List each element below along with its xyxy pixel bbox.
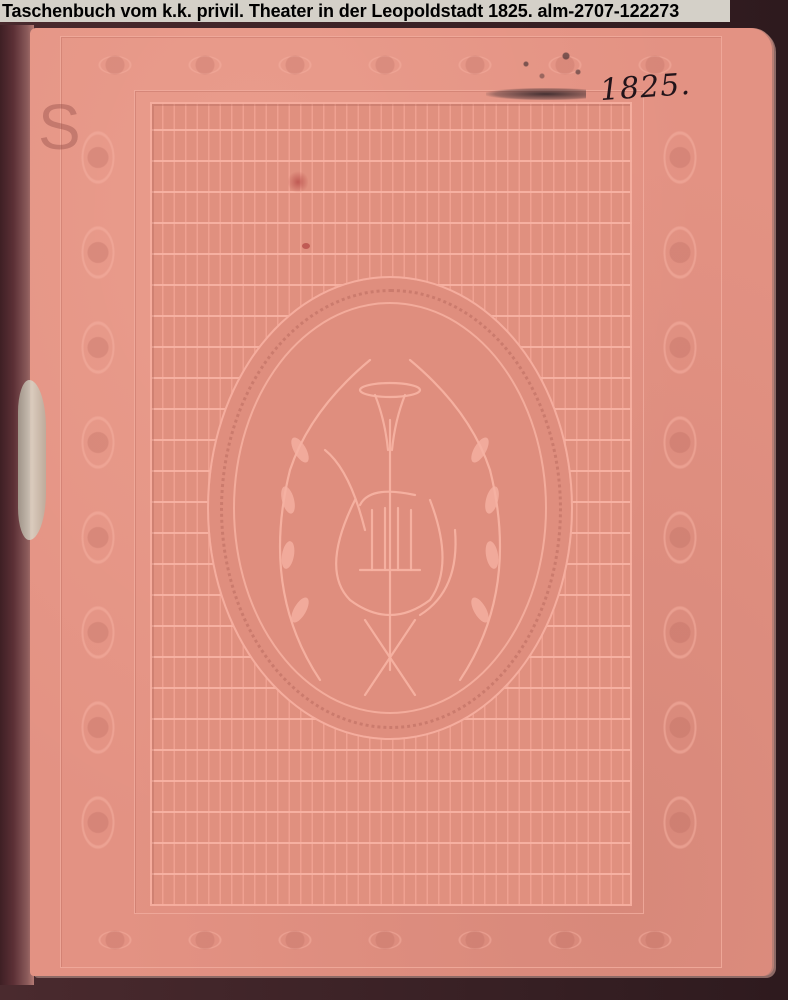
- bottom-ornament-row: [70, 915, 700, 965]
- stamp-letter: S: [38, 95, 81, 159]
- left-ornament-column: [68, 110, 128, 890]
- red-stain-small: [302, 243, 310, 249]
- image-caption: Taschenbuch vom k.k. privil. Theater in …: [0, 0, 730, 22]
- ink-smudge: [486, 88, 586, 100]
- lyre-wreath-emblem-icon: [200, 270, 580, 730]
- right-ornament-column: [650, 110, 710, 890]
- ink-marks: [510, 48, 590, 88]
- red-stain: [288, 170, 308, 194]
- handwritten-year: 1825.: [599, 67, 692, 108]
- torn-spine-paper: [18, 380, 46, 540]
